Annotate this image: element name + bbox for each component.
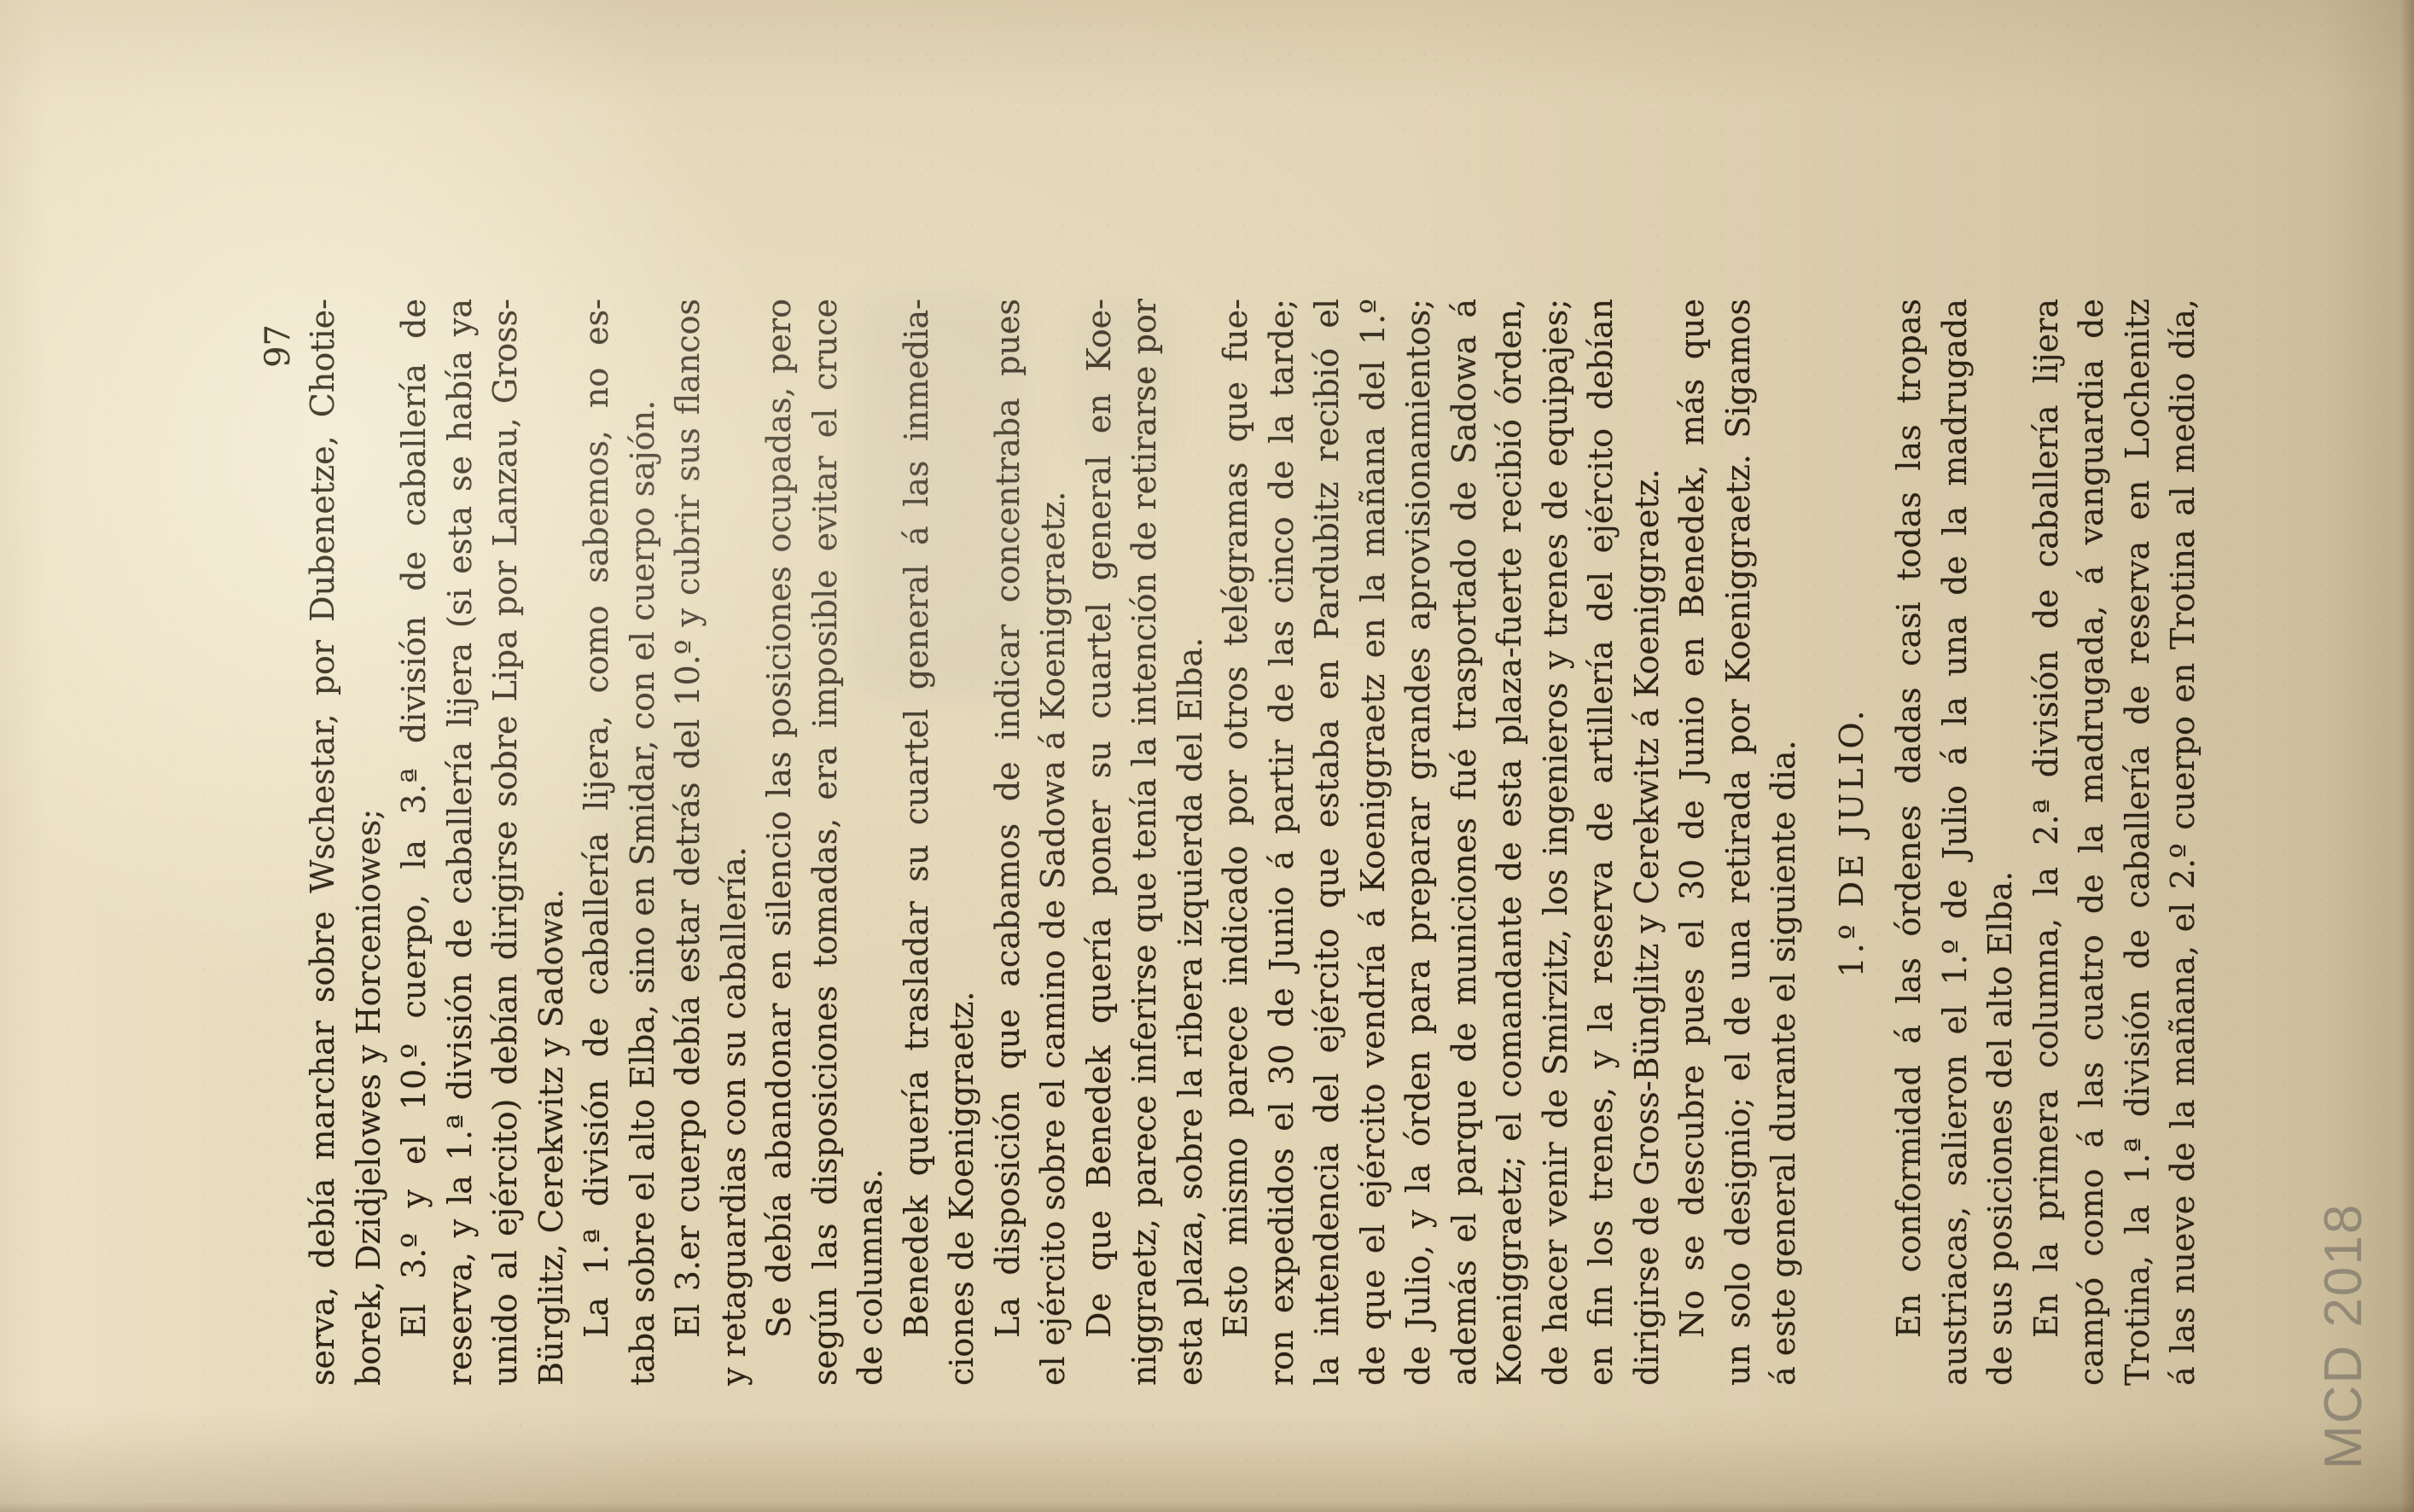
text-line: No se descubre pues el 30 de Junio en Be… xyxy=(1670,299,1716,1386)
text-line: En conformidad á las órdenes dadas casi … xyxy=(1887,299,1933,1386)
text-line: según las disposiciones tomadas, era imp… xyxy=(803,299,849,1386)
section-heading: 1.º DE JULIO. xyxy=(1829,299,1876,1386)
text-line: en fin los trenes, y la reserva de artil… xyxy=(1579,299,1625,1386)
text-line: unido al ejército) debían dirigirse sobr… xyxy=(483,299,529,1386)
text-line: austriacas, salieron el 1.º de Julio á l… xyxy=(1933,299,1979,1386)
text-line: Bürglitz, Cerekwitz y Sadowa. xyxy=(529,299,575,1386)
text-line: esta plaza, sobre la ribera izquierda de… xyxy=(1168,299,1214,1386)
text-line: La 1.ª división de caballería lijera, co… xyxy=(574,299,620,1386)
text-line: de que el ejército vendría á Koeniggraet… xyxy=(1351,299,1397,1386)
text-line: de hacer venir de Smirzitz, los ingenier… xyxy=(1533,299,1579,1386)
page-number: 97 xyxy=(261,324,295,1386)
text-line: de sus posiciones del alto Elba. xyxy=(1978,299,2024,1386)
text-line: de Julio, y la órden para preparar grand… xyxy=(1396,299,1442,1386)
text-line: borek, Dzidjelowes y Horceniowes; xyxy=(346,299,393,1386)
text-line: En la primera columna, la 2.ª división d… xyxy=(2024,299,2070,1386)
text-line: De que Benedek quería poner su cuartel g… xyxy=(1077,299,1123,1386)
text-line: Koeniggraetz; el comandante de esta plaz… xyxy=(1487,299,1533,1386)
scanned-book-page: 97 serva, debía marchar sobre Wschestar,… xyxy=(0,0,2414,1512)
text-line: niggraetz, parece inferirse que tenía la… xyxy=(1122,299,1168,1386)
text-line: ron expedidos el 30 de Junio á partir de… xyxy=(1259,299,1306,1386)
text-line: La disposición que acabamos de indicar c… xyxy=(986,299,1032,1386)
text-line: reserva, y la 1.ª división de caballería… xyxy=(438,299,484,1386)
text-line: el ejército sobre el camino de Sadowa á … xyxy=(1031,299,1077,1386)
text-line: taba sobre el alto Elba, sino en Smidar,… xyxy=(620,299,666,1386)
text-block: serva, debía marchar sobre Wschestar, po… xyxy=(300,299,2207,1386)
text-line: Se debía abandonar en silencio las posic… xyxy=(757,299,803,1386)
text-line: además el parque de municiones fué trasp… xyxy=(1442,299,1488,1386)
text-line: á las nueve de la mañana, el 2.º cuerpo … xyxy=(2161,299,2207,1386)
text-line: El 3.º y el 10.º cuerpo, la 3.ª división… xyxy=(392,299,438,1386)
book-page: 97 serva, debía marchar sobre Wschestar,… xyxy=(0,0,2414,1512)
text-line: y retaguardias con su caballería. xyxy=(712,299,758,1386)
text-line: Trotina, la 1.ª división de caballería d… xyxy=(2115,299,2161,1386)
text-line: dirigirse de Gross-Bünglitz y Cerekwitz … xyxy=(1625,299,1671,1386)
text-line: un solo designio; el de una retirada por… xyxy=(1716,299,1762,1386)
text-line: ciones de Koeniggraetz. xyxy=(939,299,986,1386)
text-line: Benedek quería trasladar su cuartel gene… xyxy=(894,299,940,1386)
text-line: campó como á las cuatro de la madrugada,… xyxy=(2069,299,2115,1386)
text-line: serva, debía marchar sobre Wschestar, po… xyxy=(300,299,346,1386)
text-line: de columnas. xyxy=(848,299,894,1386)
text-line: á este general durante el siguiente dia. xyxy=(1761,299,1807,1386)
watermark: MCD 2018 xyxy=(2318,1203,2370,1469)
text-line: El 3.er cuerpo debía estar detrás del 10… xyxy=(666,299,712,1386)
text-line: la intendencia del ejército que estaba e… xyxy=(1305,299,1351,1386)
text-line: Esto mismo parece indicado por otros tel… xyxy=(1213,299,1259,1386)
